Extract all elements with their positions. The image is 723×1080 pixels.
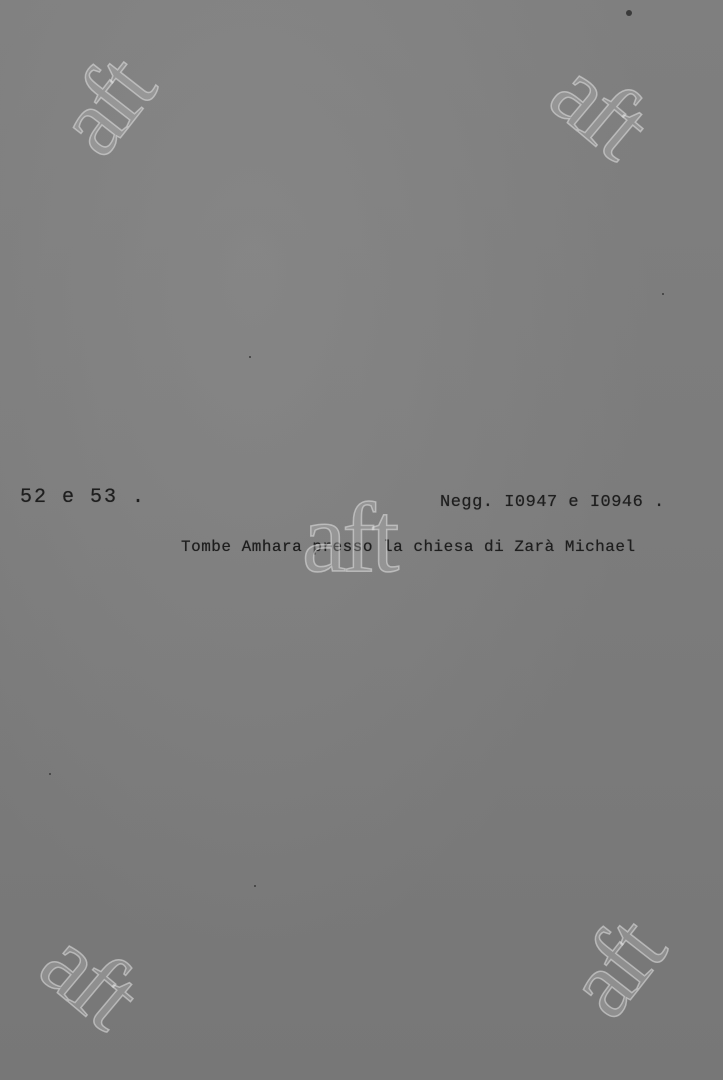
negative-numbers: Negg. I0947 e I0946 . bbox=[440, 493, 665, 512]
dust-speck bbox=[49, 773, 51, 775]
dust-speck bbox=[254, 885, 256, 887]
dust-speck bbox=[626, 10, 632, 16]
watermark-center: aft bbox=[302, 488, 395, 588]
dust-speck bbox=[249, 356, 251, 358]
photo-caption: Tombe Amhara presso la chiesa di Zarà Mi… bbox=[181, 538, 636, 556]
dust-speck bbox=[662, 293, 664, 295]
photo-numbers: . 52 e 53 . bbox=[0, 486, 146, 509]
